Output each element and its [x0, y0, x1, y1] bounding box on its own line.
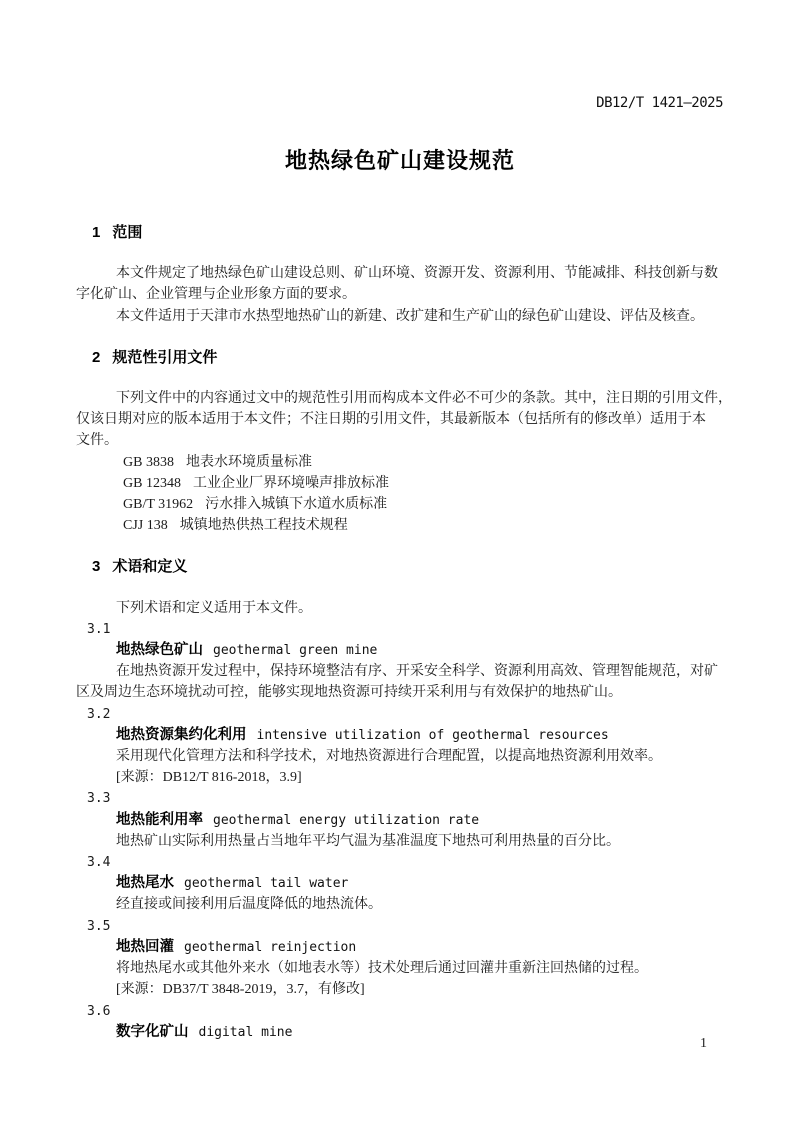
term-line: 地热回灌geothermal reinjection	[76, 937, 724, 958]
term-zh: 数字化矿山	[116, 1024, 189, 1040]
clause-2-title: 规范性引用文件	[112, 349, 217, 366]
clause-3-number: 3	[92, 558, 100, 575]
term-en: geothermal energy utilization rate	[213, 813, 479, 828]
term-number: 3.5	[76, 916, 724, 937]
reference-item: GB 3838地表水环境质量标准	[76, 452, 724, 473]
clause-1-para-line: 本文件适用于天津市水热型地热矿山的新建、改扩建和生产矿山的绿色矿山建设、评估及核…	[76, 306, 724, 327]
term-en: digital mine	[199, 1025, 293, 1040]
term-source-line: [来源：DB12/T 816-2018，3.9]	[76, 767, 724, 788]
term-number: 3.3	[76, 788, 724, 809]
page-number: 1	[700, 1036, 707, 1052]
clause-2-para-line: 仅该日期对应的版本适用于本文件；不注日期的引用文件，其最新版本（包括所有的修改单…	[76, 409, 724, 430]
term-number: 3.4	[76, 852, 724, 873]
reference-title: 城镇地热供热工程技术规程	[180, 518, 348, 533]
term-number: 3.6	[76, 1001, 724, 1022]
term-zh: 地热资源集约化利用	[116, 727, 247, 743]
term-zh: 地热绿色矿山	[116, 642, 203, 658]
clause-2-para-line: 下列文件中的内容通过文中的规范性引用而构成本文件必不可少的条款。其中，注日期的引…	[76, 388, 724, 409]
doc-code: DB12/T 1421—2025	[76, 96, 724, 111]
reference-code: GB 12348	[123, 476, 181, 491]
term-definition-line: 经直接或间接利用后温度降低的地热流体。	[76, 894, 724, 915]
term-line: 地热资源集约化利用intensive utilization of geothe…	[76, 725, 724, 746]
clause-1-title: 范围	[112, 224, 142, 241]
term-line: 数字化矿山digital mine	[76, 1022, 724, 1043]
term-definition-line: 区及周边生态环境扰动可控，能够实现地热资源可持续开采利用与有效保护的地热矿山。	[76, 682, 724, 703]
term-source-line: [来源：DB37/T 3848-2019，3.7，有修改]	[76, 979, 724, 1000]
term-en: geothermal green mine	[213, 643, 377, 658]
reference-title: 工业企业厂界环境噪声排放标准	[193, 476, 389, 491]
document-page: { "header": { "doc_code": "DB12/T 1421—2…	[0, 0, 800, 1132]
term-number: 3.1	[76, 619, 724, 640]
clause-1-number: 1	[92, 224, 100, 241]
reference-code: CJJ 138	[123, 518, 168, 533]
clause-2-number: 2	[92, 349, 100, 366]
term-en: intensive utilization of geothermal reso…	[257, 728, 609, 743]
reference-title: 污水排入城镇下水道水质标准	[205, 497, 387, 512]
clause-1-heading: 1范围	[76, 222, 724, 243]
reference-item: CJJ 138城镇地热供热工程技术规程	[76, 515, 724, 536]
clause-3-intro: 下列术语和定义适用于本文件。	[76, 598, 724, 619]
term-line: 地热能利用率geothermal energy utilization rate	[76, 810, 724, 831]
term-line: 地热绿色矿山geothermal green mine	[76, 640, 724, 661]
clause-3-title: 术语和定义	[112, 558, 187, 575]
term-definition-line: 在地热资源开发过程中，保持环境整洁有序、开采安全科学、资源利用高效、管理智能规范…	[76, 661, 724, 682]
reference-title: 地表水环境质量标准	[186, 455, 312, 470]
term-definition-line: 将地热尾水或其他外来水（如地表水等）技术处理后通过回灌井重新注回热储的过程。	[76, 958, 724, 979]
term-definition-line: 采用现代化管理方法和科学技术，对地热资源进行合理配置，以提高地热资源利用效率。	[76, 746, 724, 767]
term-definition-line: 地热矿山实际利用热量占当地年平均气温为基准温度下地热可利用热量的百分比。	[76, 831, 724, 852]
term-line: 地热尾水geothermal tail water	[76, 873, 724, 894]
term-zh: 地热回灌	[116, 939, 174, 955]
clause-2-heading: 2规范性引用文件	[76, 347, 724, 368]
clause-1-para-line: 字化矿山、企业管理与企业形象方面的要求。	[76, 284, 724, 305]
reference-item: GB/T 31962污水排入城镇下水道水质标准	[76, 494, 724, 515]
term-en: geothermal reinjection	[184, 940, 356, 955]
term-zh: 地热能利用率	[116, 812, 203, 828]
doc-title: 地热绿色矿山建设规范	[76, 146, 724, 176]
clause-1-para-line: 本文件规定了地热绿色矿山建设总则、矿山环境、资源开发、资源利用、节能减排、科技创…	[76, 263, 724, 284]
reference-code: GB 3838	[123, 455, 174, 470]
term-number: 3.2	[76, 704, 724, 725]
reference-item: GB 12348工业企业厂界环境噪声排放标准	[76, 473, 724, 494]
page-content: DB12/T 1421—2025 地热绿色矿山建设规范 1范围 本文件规定了地热…	[0, 0, 800, 1043]
term-zh: 地热尾水	[116, 875, 174, 891]
reference-code: GB/T 31962	[123, 497, 193, 512]
clause-3-heading: 3术语和定义	[76, 556, 724, 577]
clause-2-para-line: 文件。	[76, 430, 724, 451]
term-en: geothermal tail water	[184, 876, 348, 891]
